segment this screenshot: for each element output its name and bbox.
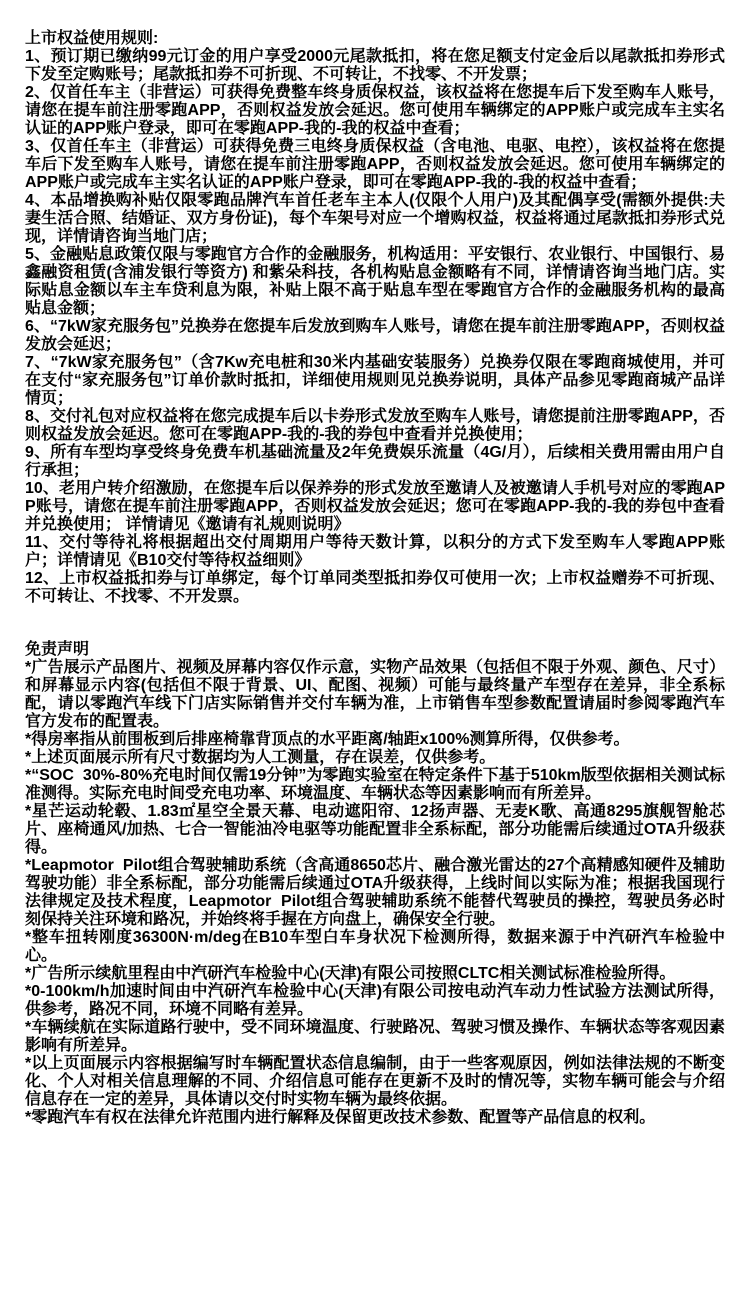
disclaimer-item-6: *Leapmotor Pilot组合驾驶辅助系统（含高通8650芯片、融合激光雷… (25, 857, 725, 929)
rule-item-1: 1、预订期已缴纳99元订金的用户享受2000元尾款抵扣，将在您足额支付定金后以尾… (25, 48, 725, 84)
disclaimer-section: 免责声明 *广告展示产品图片、视频及屏幕内容仅作示意，实物产品效果（包括但不限于… (25, 641, 725, 1127)
rule-item-11: 11、交付等待礼将根据超出交付周期用户等待天数计算，以积分的方式下发至购车人零跑… (25, 534, 725, 570)
disclaimer-item-1: *广告展示产品图片、视频及屏幕内容仅作示意，实物产品效果（包括但不限于外观、颜色… (25, 659, 725, 731)
disclaimer-item-4: *“SOC 30%-80%充电时间仅需19分钟”为零跑实验室在特定条件下基于51… (25, 767, 725, 803)
rule-item-3: 3、仅首任车主（非营运）可获得免费三电终身质保权益（含电池、电驱、电控），该权益… (25, 138, 725, 192)
rule-item-9: 9、所有车型均享受终身免费车机基础流量及2年免费娱乐流量（4G/月），后续相关费… (25, 444, 725, 480)
rules-section-title: 上市权益使用规则: (25, 30, 725, 48)
disclaimer-item-12: *零跑汽车有权在法律允许范围内进行解释及保留更改技术参数、配置等产品信息的权利。 (25, 1109, 725, 1127)
terms-document: 上市权益使用规则: 1、预订期已缴纳99元订金的用户享受2000元尾款抵扣，将在… (0, 0, 750, 1127)
rules-section: 上市权益使用规则: 1、预订期已缴纳99元订金的用户享受2000元尾款抵扣，将在… (25, 30, 725, 606)
rule-item-6: 6、“7kW家充服务包”兑换券在您提车后发放到购车人账号，请您在提车前注册零跑A… (25, 318, 725, 354)
disclaimer-item-3: *上述页面展示所有尺寸数据均为人工测量，存在误差，仅供参考。 (25, 749, 725, 767)
disclaimer-item-8: *广告所示续航里程由中汽研汽车检验中心(天津)有限公司按照CLTC相关测试标准检… (25, 965, 725, 983)
disclaimer-section-title: 免责声明 (25, 641, 725, 659)
rule-item-12: 12、上市权益抵扣券与订单绑定，每个订单同类型抵扣券仅可使用一次；上市权益赠券不… (25, 570, 725, 606)
disclaimer-item-5: *星芒运动轮毂、1.83㎡星空全景天幕、电动遮阳帘、12扬声器、无麦K歌、高通8… (25, 803, 725, 857)
disclaimer-item-10: *车辆续航在实际道路行驶中，受不同环境温度、行驶路况、驾驶习惯及操作、车辆状态等… (25, 1019, 725, 1055)
disclaimer-item-7: *整车扭转刚度36300N·m/deg在B10车型白车身状况下检测所得，数据来源… (25, 929, 725, 965)
disclaimer-item-11: *以上页面展示内容根据编写时车辆配置状态信息编制，由于一些客观原因，例如法律法规… (25, 1055, 725, 1109)
rule-item-10: 10、老用户转介绍激励，在您提车后以保养券的形式发放至邀请人及被邀请人手机号对应… (25, 480, 725, 534)
rule-item-8: 8、交付礼包对应权益将在您完成提车后以卡券形式发放至购车人账号，请您提前注册零跑… (25, 408, 725, 444)
rule-item-7: 7、“7kW家充服务包”（含7Kw充电桩和30米内基础安装服务）兑换券仅限在零跑… (25, 354, 725, 408)
disclaimer-item-2: *得房率指从前围板到后排座椅靠背顶点的水平距离/轴距x100%测算所得，仅供参考… (25, 731, 725, 749)
rule-item-2: 2、仅首任车主（非营运）可获得免费整车终身质保权益，该权益将在您提车后下发至购车… (25, 84, 725, 138)
disclaimer-item-9: *0-100km/h加速时间由中汽研汽车检验中心(天津)有限公司按电动汽车动力性… (25, 983, 725, 1019)
rule-item-5: 5、金融贴息政策仅限与零跑官方合作的金融服务，机构适用：平安银行、农业银行、中国… (25, 246, 725, 318)
rule-item-4: 4、本品增换购补贴仅限零跑品牌汽车首任老车主本人(仅限个人用户)及其配偶享受(需… (25, 192, 725, 246)
